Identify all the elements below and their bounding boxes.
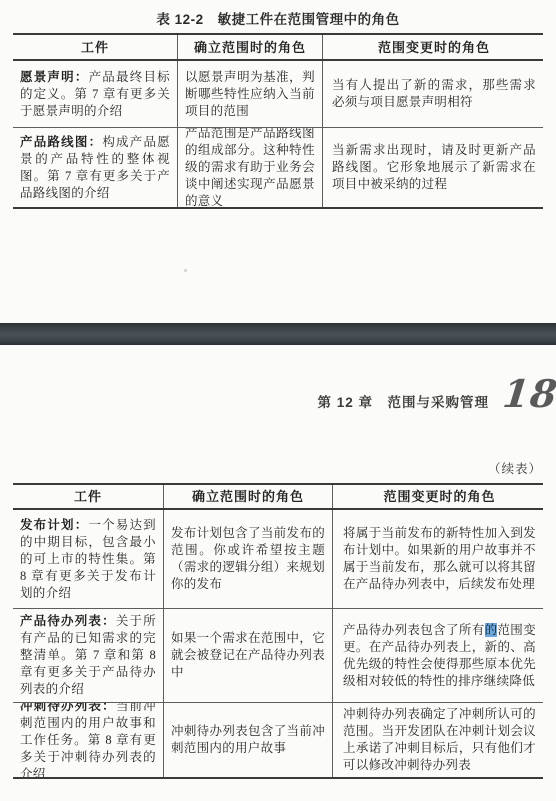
table-row-release-plan: 发布计划：一个易达到的中期目标，包含最小的可上市的特性集。第 8 章有更多关于发… [13, 510, 543, 608]
header-cell-artifact: 工件 [13, 35, 177, 59]
defining-scope-cell: 冲刺待办列表包含了当前冲刺范围内的用户故事 [163, 703, 332, 777]
artifact-cell: 愿景声明：产品最终目标的定义。第 7 章有更多关于愿景声明的介绍 [13, 61, 177, 127]
table2-header-row: 工件 确立范围时的角色 范围变更时的角色 [13, 485, 543, 510]
scope-change-cell: 冲刺待办列表确定了冲刺所认可的范围。当开发团队在冲刺计划会议上承诺了冲刺目标后，… [332, 703, 543, 777]
table1-header-row: 工件 确立范围时的角色 范围变更时的角色 [13, 35, 543, 61]
table-row-sprint-backlog: 冲刺待办列表：当前冲刺范围内的用户故事和工作任务。第 8 章有更多关于冲刺待办列… [13, 702, 543, 777]
text-selection-highlight: 的 [485, 623, 498, 637]
artifact-term: 产品路线图： [20, 135, 102, 149]
scope-change-cell: 当有人提出了新的需求，那些需求必须与项目愿景声明相符 [322, 61, 543, 127]
agile-artifacts-table-part1: 工件 确立范围时的角色 范围变更时的角色 愿景声明：产品最终目标的定义。第 7 … [13, 33, 543, 209]
artifact-cell: 产品待办列表：关于所有产品的已知需求的完整清单。第 7 章和第 8 章有更多关于… [13, 609, 163, 702]
artifact-term: 产品待办列表： [20, 614, 116, 628]
header-cell-scope-change: 范围变更时的角色 [322, 35, 543, 59]
table-row-vision-statement: 愿景声明：产品最终目标的定义。第 7 章有更多关于愿景声明的介绍 以愿景声明为基… [13, 61, 543, 127]
table-row-product-backlog: 产品待办列表：关于所有产品的已知需求的完整清单。第 7 章和第 8 章有更多关于… [13, 608, 543, 702]
chapter-running-header: 第 12 章 范围与采购管理 [317, 391, 489, 411]
page-number: 181 [501, 371, 556, 416]
artifact-cell: 发布计划：一个易达到的中期目标，包含最小的可上市的特性集。第 8 章有更多关于发… [13, 510, 163, 608]
header-cell-scope-change: 范围变更时的角色 [332, 485, 543, 508]
table-row-product-roadmap: 产品路线图：构成产品愿景的产品特性的整体视图。第 7 章有更多关于产品路线图的介… [13, 127, 543, 207]
header-cell-defining-scope: 确立范围时的角色 [177, 35, 322, 59]
artifact-cell: 冲刺待办列表：当前冲刺范围内的用户故事和工作任务。第 8 章有更多关于冲刺待办列… [13, 703, 163, 777]
artifact-term: 冲刺待办列表： [20, 703, 116, 713]
header-cell-defining-scope: 确立范围时的角色 [163, 485, 332, 508]
header-cell-artifact: 工件 [13, 485, 163, 508]
artifact-cell: 产品路线图：构成产品愿景的产品特性的整体视图。第 7 章有更多关于产品路线图的介… [13, 128, 177, 207]
scope-change-cell: 当新需求出现时，请及时更新产品路线图。它形象地展示了新需求在项目中被采纳的过程 [322, 128, 543, 207]
continued-table-label: （续表） [488, 459, 542, 477]
defining-scope-cell: 发布计划包含了当前发布的范围。你或许希望按主题（需求的逻辑分组）来规划你的发布 [163, 510, 332, 608]
scope-change-cell: 产品待办列表包含了所有的范围变更。在产品待办列表上，新的、高优先级的特性会使得那… [332, 609, 543, 702]
agile-artifacts-table-part2: 工件 确立范围时的角色 范围变更时的角色 发布计划：一个易达到的中期目标，包含最… [13, 483, 543, 779]
artifact-term: 愿景声明： [20, 70, 89, 84]
scanned-book-page: 表 12-2 敏捷工件在范围管理中的角色 工件 确立范围时的角色 范围变更时的角… [0, 0, 556, 801]
scan-speck-artifact [184, 269, 187, 272]
defining-scope-cell: 以愿景声明为基准，判断哪些特性应纳入当前项目的范围 [177, 61, 322, 127]
scope-change-cell: 将属于当前发布的新特性加入到发布计划中。如果新的用户故事并不属于当前发布，那么就… [332, 510, 543, 608]
defining-scope-cell: 如果一个需求在范围中，它就会被登记在产品待办列表中 [163, 609, 332, 702]
artifact-term: 发布计划： [20, 518, 88, 532]
page-divider-band [0, 323, 556, 345]
defining-scope-cell: 产品范围是产品路线图的组成部分。这种特性级的需求有助于业务会谈中阐述实现产品愿景… [177, 128, 322, 207]
table-caption: 表 12-2 敏捷工件在范围管理中的角色 [0, 8, 556, 28]
